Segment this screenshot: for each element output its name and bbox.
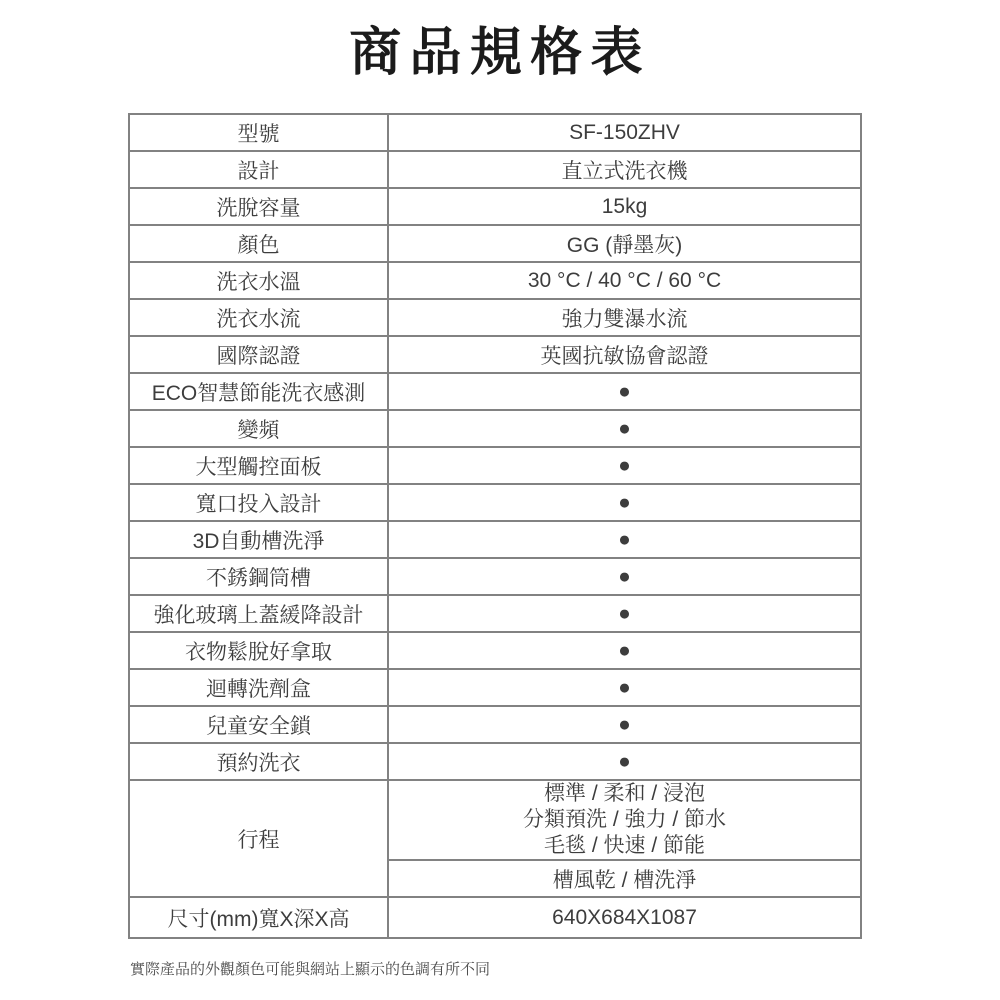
table-row-touch-panel: 大型觸控面板 ● <box>129 447 861 484</box>
spec-label: 強化玻璃上蓋緩降設計 <box>129 595 388 632</box>
spec-label: ECO智慧節能洗衣感測 <box>129 373 388 410</box>
spec-value: 直立式洗衣機 <box>388 151 861 188</box>
spec-value: 英國抗敏協會認證 <box>388 336 861 373</box>
spec-label: 3D自動槽洗淨 <box>129 521 388 558</box>
spec-value: 槽風乾 / 槽洗淨 <box>388 860 861 897</box>
table-row-design: 設計 直立式洗衣機 <box>129 151 861 188</box>
spec-label: 寬口投入設計 <box>129 484 388 521</box>
feature-bullet: ● <box>388 558 861 595</box>
feature-bullet: ● <box>388 706 861 743</box>
program-line: 標準 / 柔和 / 浸泡 <box>393 781 856 807</box>
table-row-detergent-box: 迴轉洗劑盒 ● <box>129 669 861 706</box>
spec-label: 洗衣水溫 <box>129 262 388 299</box>
table-row-wide-opening: 寬口投入設計 ● <box>129 484 861 521</box>
table-row-certification: 國際認證 英國抗敏協會認證 <box>129 336 861 373</box>
feature-bullet: ● <box>388 632 861 669</box>
spec-label: 洗衣水流 <box>129 299 388 336</box>
table-row-inverter: 變頻 ● <box>129 410 861 447</box>
table-row-dimensions: 尺寸(mm)寬X深X高 640X684X1087 <box>129 897 861 938</box>
program-line: 分類預洗 / 強力 / 節水 <box>393 807 856 833</box>
table-row-child-lock: 兒童安全鎖 ● <box>129 706 861 743</box>
table-row-stainless-tub: 不銹鋼筒槽 ● <box>129 558 861 595</box>
feature-bullet: ● <box>388 521 861 558</box>
spec-label: 不銹鋼筒槽 <box>129 558 388 595</box>
spec-label: 迴轉洗劑盒 <box>129 669 388 706</box>
feature-bullet: ● <box>388 373 861 410</box>
spec-table: 型號 SF-150ZHV 設計 直立式洗衣機 洗脫容量 15kg 顏色 GG (… <box>128 113 862 939</box>
spec-label: 設計 <box>129 151 388 188</box>
spec-label: 行程 <box>129 780 388 897</box>
table-row-glass-lid: 強化玻璃上蓋緩降設計 ● <box>129 595 861 632</box>
spec-label: 顏色 <box>129 225 388 262</box>
feature-bullet: ● <box>388 484 861 521</box>
table-row-delay-wash: 預約洗衣 ● <box>129 743 861 780</box>
feature-bullet: ● <box>388 410 861 447</box>
spec-value: 強力雙瀑水流 <box>388 299 861 336</box>
spec-value-program: 標準 / 柔和 / 浸泡 分類預洗 / 強力 / 節水 毛毯 / 快速 / 節能 <box>388 780 861 860</box>
table-row-water-temp: 洗衣水溫 30 °C / 40 °C / 60 °C <box>129 262 861 299</box>
feature-bullet: ● <box>388 595 861 632</box>
spec-value: 640X684X1087 <box>388 897 861 938</box>
spec-label: 尺寸(mm)寬X深X高 <box>129 897 388 938</box>
table-row-eco-sensing: ECO智慧節能洗衣感測 ● <box>129 373 861 410</box>
spec-label: 國際認證 <box>129 336 388 373</box>
table-row-program: 行程 標準 / 柔和 / 浸泡 分類預洗 / 強力 / 節水 毛毯 / 快速 /… <box>129 780 861 860</box>
table-row-color: 顏色 GG (靜墨灰) <box>129 225 861 262</box>
spec-label: 型號 <box>129 114 388 151</box>
table-row-model: 型號 SF-150ZHV <box>129 114 861 151</box>
spec-label: 變頻 <box>129 410 388 447</box>
table-row-water-flow: 洗衣水流 強力雙瀑水流 <box>129 299 861 336</box>
page-title: 商品規格表 <box>0 10 1000 85</box>
table-row-easy-take-out: 衣物鬆脫好拿取 ● <box>129 632 861 669</box>
feature-bullet: ● <box>388 743 861 780</box>
color-disclaimer-note: 實際產品的外觀顏色可能與網站上顯示的色調有所不同 <box>130 958 490 979</box>
spec-value: SF-150ZHV <box>388 114 861 151</box>
spec-label: 衣物鬆脫好拿取 <box>129 632 388 669</box>
program-line: 毛毯 / 快速 / 節能 <box>393 833 856 859</box>
spec-label: 大型觸控面板 <box>129 447 388 484</box>
spec-label: 兒童安全鎖 <box>129 706 388 743</box>
table-row-capacity: 洗脫容量 15kg <box>129 188 861 225</box>
feature-bullet: ● <box>388 447 861 484</box>
spec-label: 預約洗衣 <box>129 743 388 780</box>
table-row-3d-tub-clean: 3D自動槽洗淨 ● <box>129 521 861 558</box>
spec-label: 洗脫容量 <box>129 188 388 225</box>
spec-value: 30 °C / 40 °C / 60 °C <box>388 262 861 299</box>
spec-value: 15kg <box>388 188 861 225</box>
feature-bullet: ● <box>388 669 861 706</box>
spec-value: GG (靜墨灰) <box>388 225 861 262</box>
